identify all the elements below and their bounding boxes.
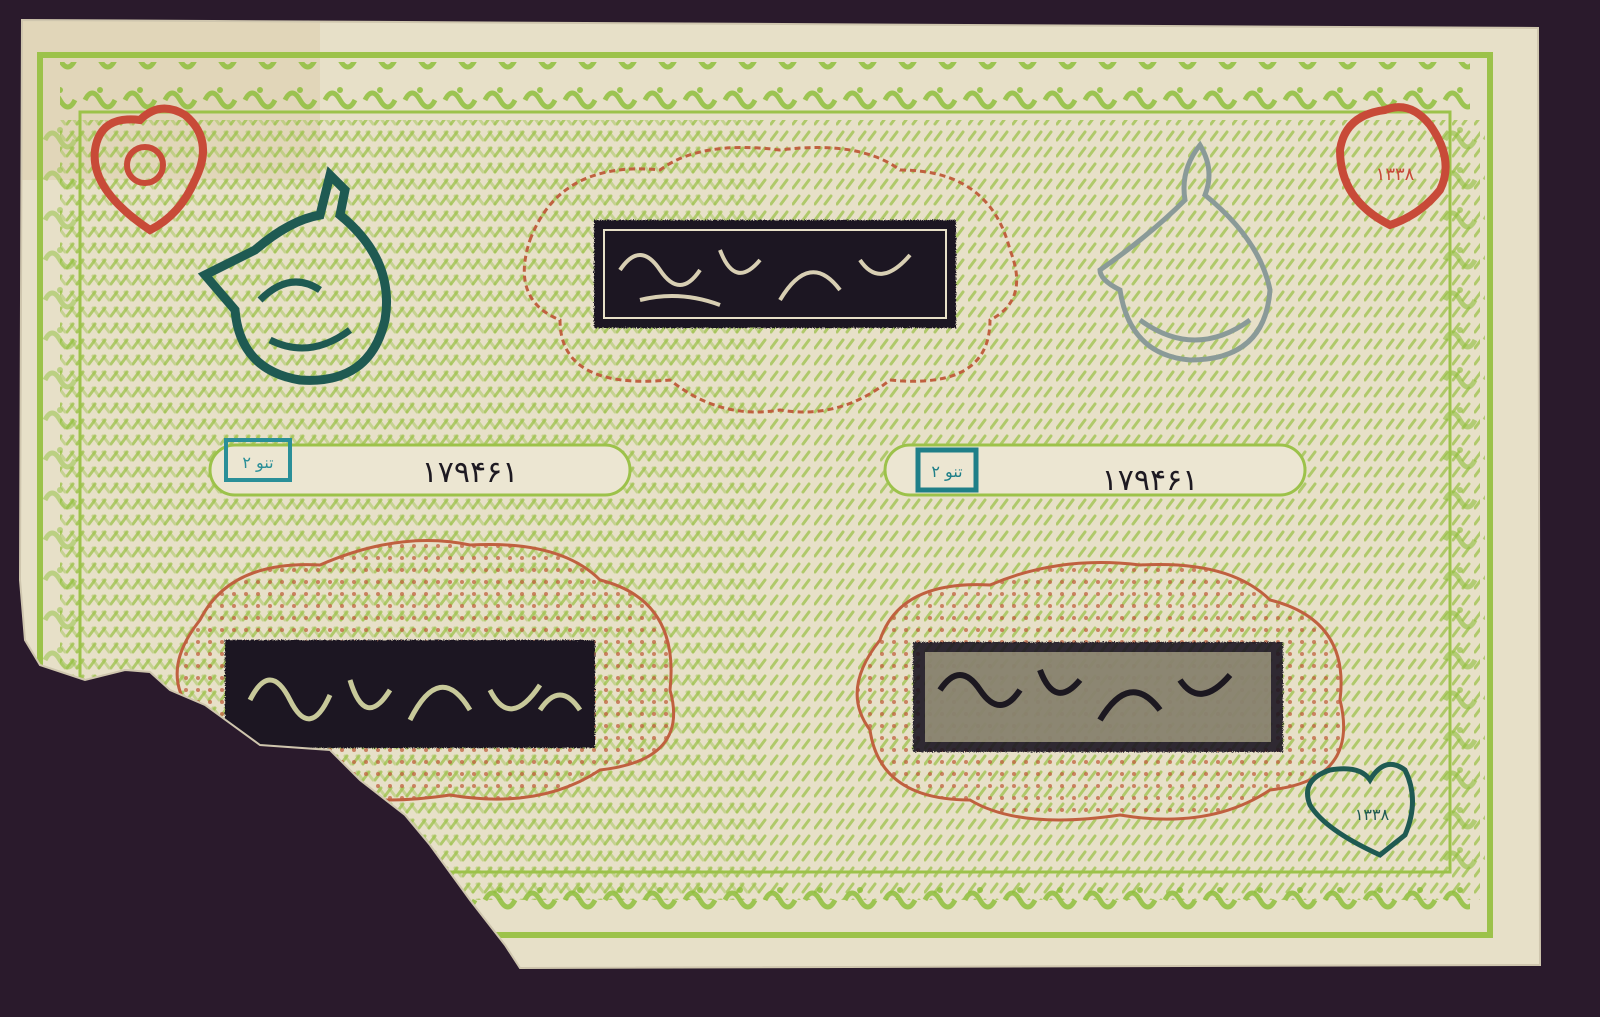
banknote-photo: تنو ۲ ۱۷۹۴۶۱ تنو ۲ ۱۷۹۴۶۱ bbox=[0, 0, 1600, 1017]
svg-text:تنو ۲: تنو ۲ bbox=[242, 453, 273, 473]
serial-number-right: ۱۷۹۴۶۱ bbox=[1102, 463, 1199, 498]
serial-right-panel: تنو ۲ ۱۷۹۴۶۱ bbox=[885, 445, 1305, 498]
bottom-left-calligraphy-block bbox=[225, 640, 595, 748]
serial-number-left: ۱۷۹۴۶۱ bbox=[422, 455, 519, 490]
lower-left-cartouche bbox=[177, 541, 673, 801]
serial-left-panel: تنو ۲ ۱۷۹۴۶۱ bbox=[210, 440, 630, 495]
svg-text:۱۳۳۸: ۱۳۳۸ bbox=[1355, 805, 1390, 824]
svg-text:۱۳۳۸: ۱۳۳۸ bbox=[1376, 164, 1415, 185]
paper-body: تنو ۲ ۱۷۹۴۶۱ تنو ۲ ۱۷۹۴۶۱ bbox=[0, 0, 1600, 1017]
svg-text:تنو ۲: تنو ۲ bbox=[931, 462, 962, 482]
top-calligraphy-block bbox=[594, 220, 956, 328]
lower-right-cartouche bbox=[857, 563, 1343, 821]
